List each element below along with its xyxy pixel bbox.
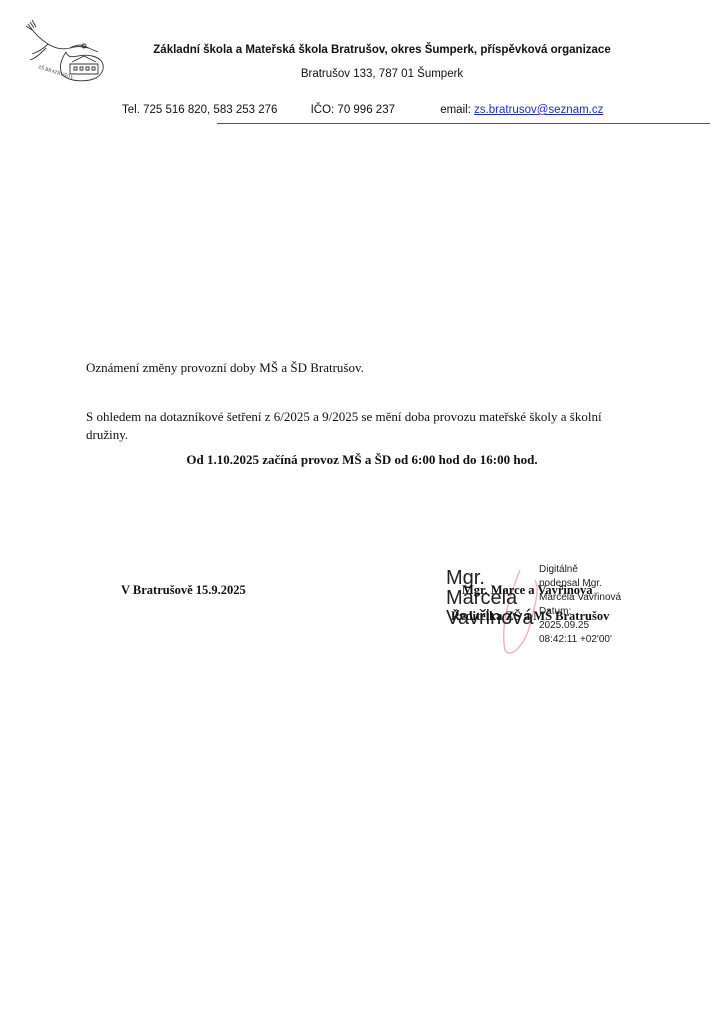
announcement-highlight: Od 1.10.2025 začíná provoz MŠ a ŠD od 6:… [0,452,724,468]
school-address: Bratrušov 133, 787 01 Šumperk [0,68,724,80]
signature-detail-line: Datum: [539,605,621,619]
school-name: Základní škola a Mateřská škola Bratrušo… [0,44,724,56]
email-label: email: [440,104,471,116]
phone-numbers: Tel. 725 516 820, 583 253 276 [122,104,277,116]
announcement-title: Oznámení změny provozní doby MŠ a ŠD Bra… [86,360,364,376]
signature-detail-line: 08:42:11 +02'00' [539,633,621,647]
signature-detail-line: Marcela Vavřinová [539,591,621,605]
announcement-body: S ohledem na dotazníkové šetření z 6/202… [86,408,646,444]
signature-detail-line: 2025.09.25 [539,619,621,633]
place-and-date: V Bratrušově 15.9.2025 [121,583,246,598]
header-divider [217,123,710,124]
company-id: IČO: 70 996 237 [311,104,395,116]
signature-detail-line: Digitálně [539,563,621,577]
signature-detail-line: podepsal Mgr. [539,577,621,591]
signature-details: Digitálně podepsal Mgr. Marcela Vavřinov… [539,563,621,647]
email-link[interactable]: zs.bratrusov@seznam.cz [474,104,603,116]
contact-row: Tel. 725 516 820, 583 253 276 IČO: 70 99… [122,104,603,116]
